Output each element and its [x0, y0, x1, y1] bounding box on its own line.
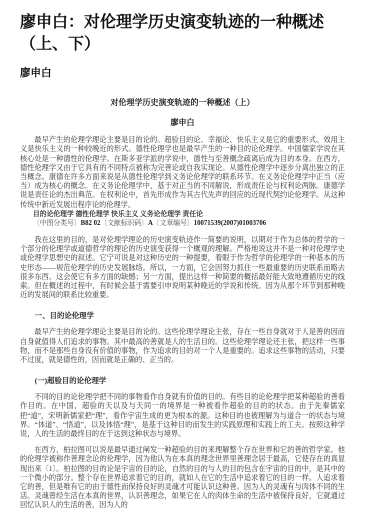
article-id-label: 〔文章编号〕 — [153, 220, 194, 227]
clc-label: 〔中图分类号〕 — [33, 220, 81, 227]
section-1-paragraph-1: 最早产生的伦理学理论主要是目的论的。这些伦理学理论主张，存在一些自身就对于人是善… — [20, 328, 345, 365]
section-2-paragraph-1: 不同的目的论伦理学把不同的事物看作自身就有价值的目的。有些目的论伦理学把某种超验… — [20, 393, 345, 439]
document-page: 廖申白：对伦理学历史演变轨迹的一种概述（上、下） 廖申白 对伦理学历史演变轨迹的… — [0, 0, 365, 516]
section-heading-transcendent-teleology: (一)超验目的论伦理学 — [20, 375, 345, 386]
abstract-paragraph: 最早产生的伦理学理论主要是目的论的。超验目的论、幸福论、快乐主义是它的重要形式。… — [20, 136, 345, 210]
section-2-paragraph-2: 在西方，柏拉图可以说是最早通过阐发一种超验的目的来理解整个存在世界和它的善的哲学… — [20, 446, 345, 510]
keywords-line: 目的论伦理学 德性伦理学 快乐主义 义务论伦理学 责任论 — [33, 211, 345, 220]
article-id-value: 10071539(2007)01003706 — [194, 220, 267, 227]
article-title: 对伦理学历史演变轨迹的一种概述（上） — [20, 97, 345, 108]
article-author: 廖申白 — [20, 117, 345, 128]
meta-line: 〔中图分类号〕B82 02〔文献标识码〕A〔文章编号〕10071539(2007… — [33, 220, 345, 229]
clc-value: B82 02 — [81, 220, 101, 227]
section-heading-teleological-ethics: 一、目的论伦理学 — [20, 310, 345, 321]
intro-paragraph: 我在这里的目的，是对伦理学理论的历史演变轨迹作一简要的说明，以期对于作为总体的哲… — [20, 236, 345, 300]
page-author: 廖申白 — [20, 65, 345, 80]
doc-code-label: 〔文献标识码〕 — [100, 220, 148, 227]
page-title: 廖申白：对伦理学历史演变轨迹的一种概述（上、下） — [20, 12, 345, 55]
